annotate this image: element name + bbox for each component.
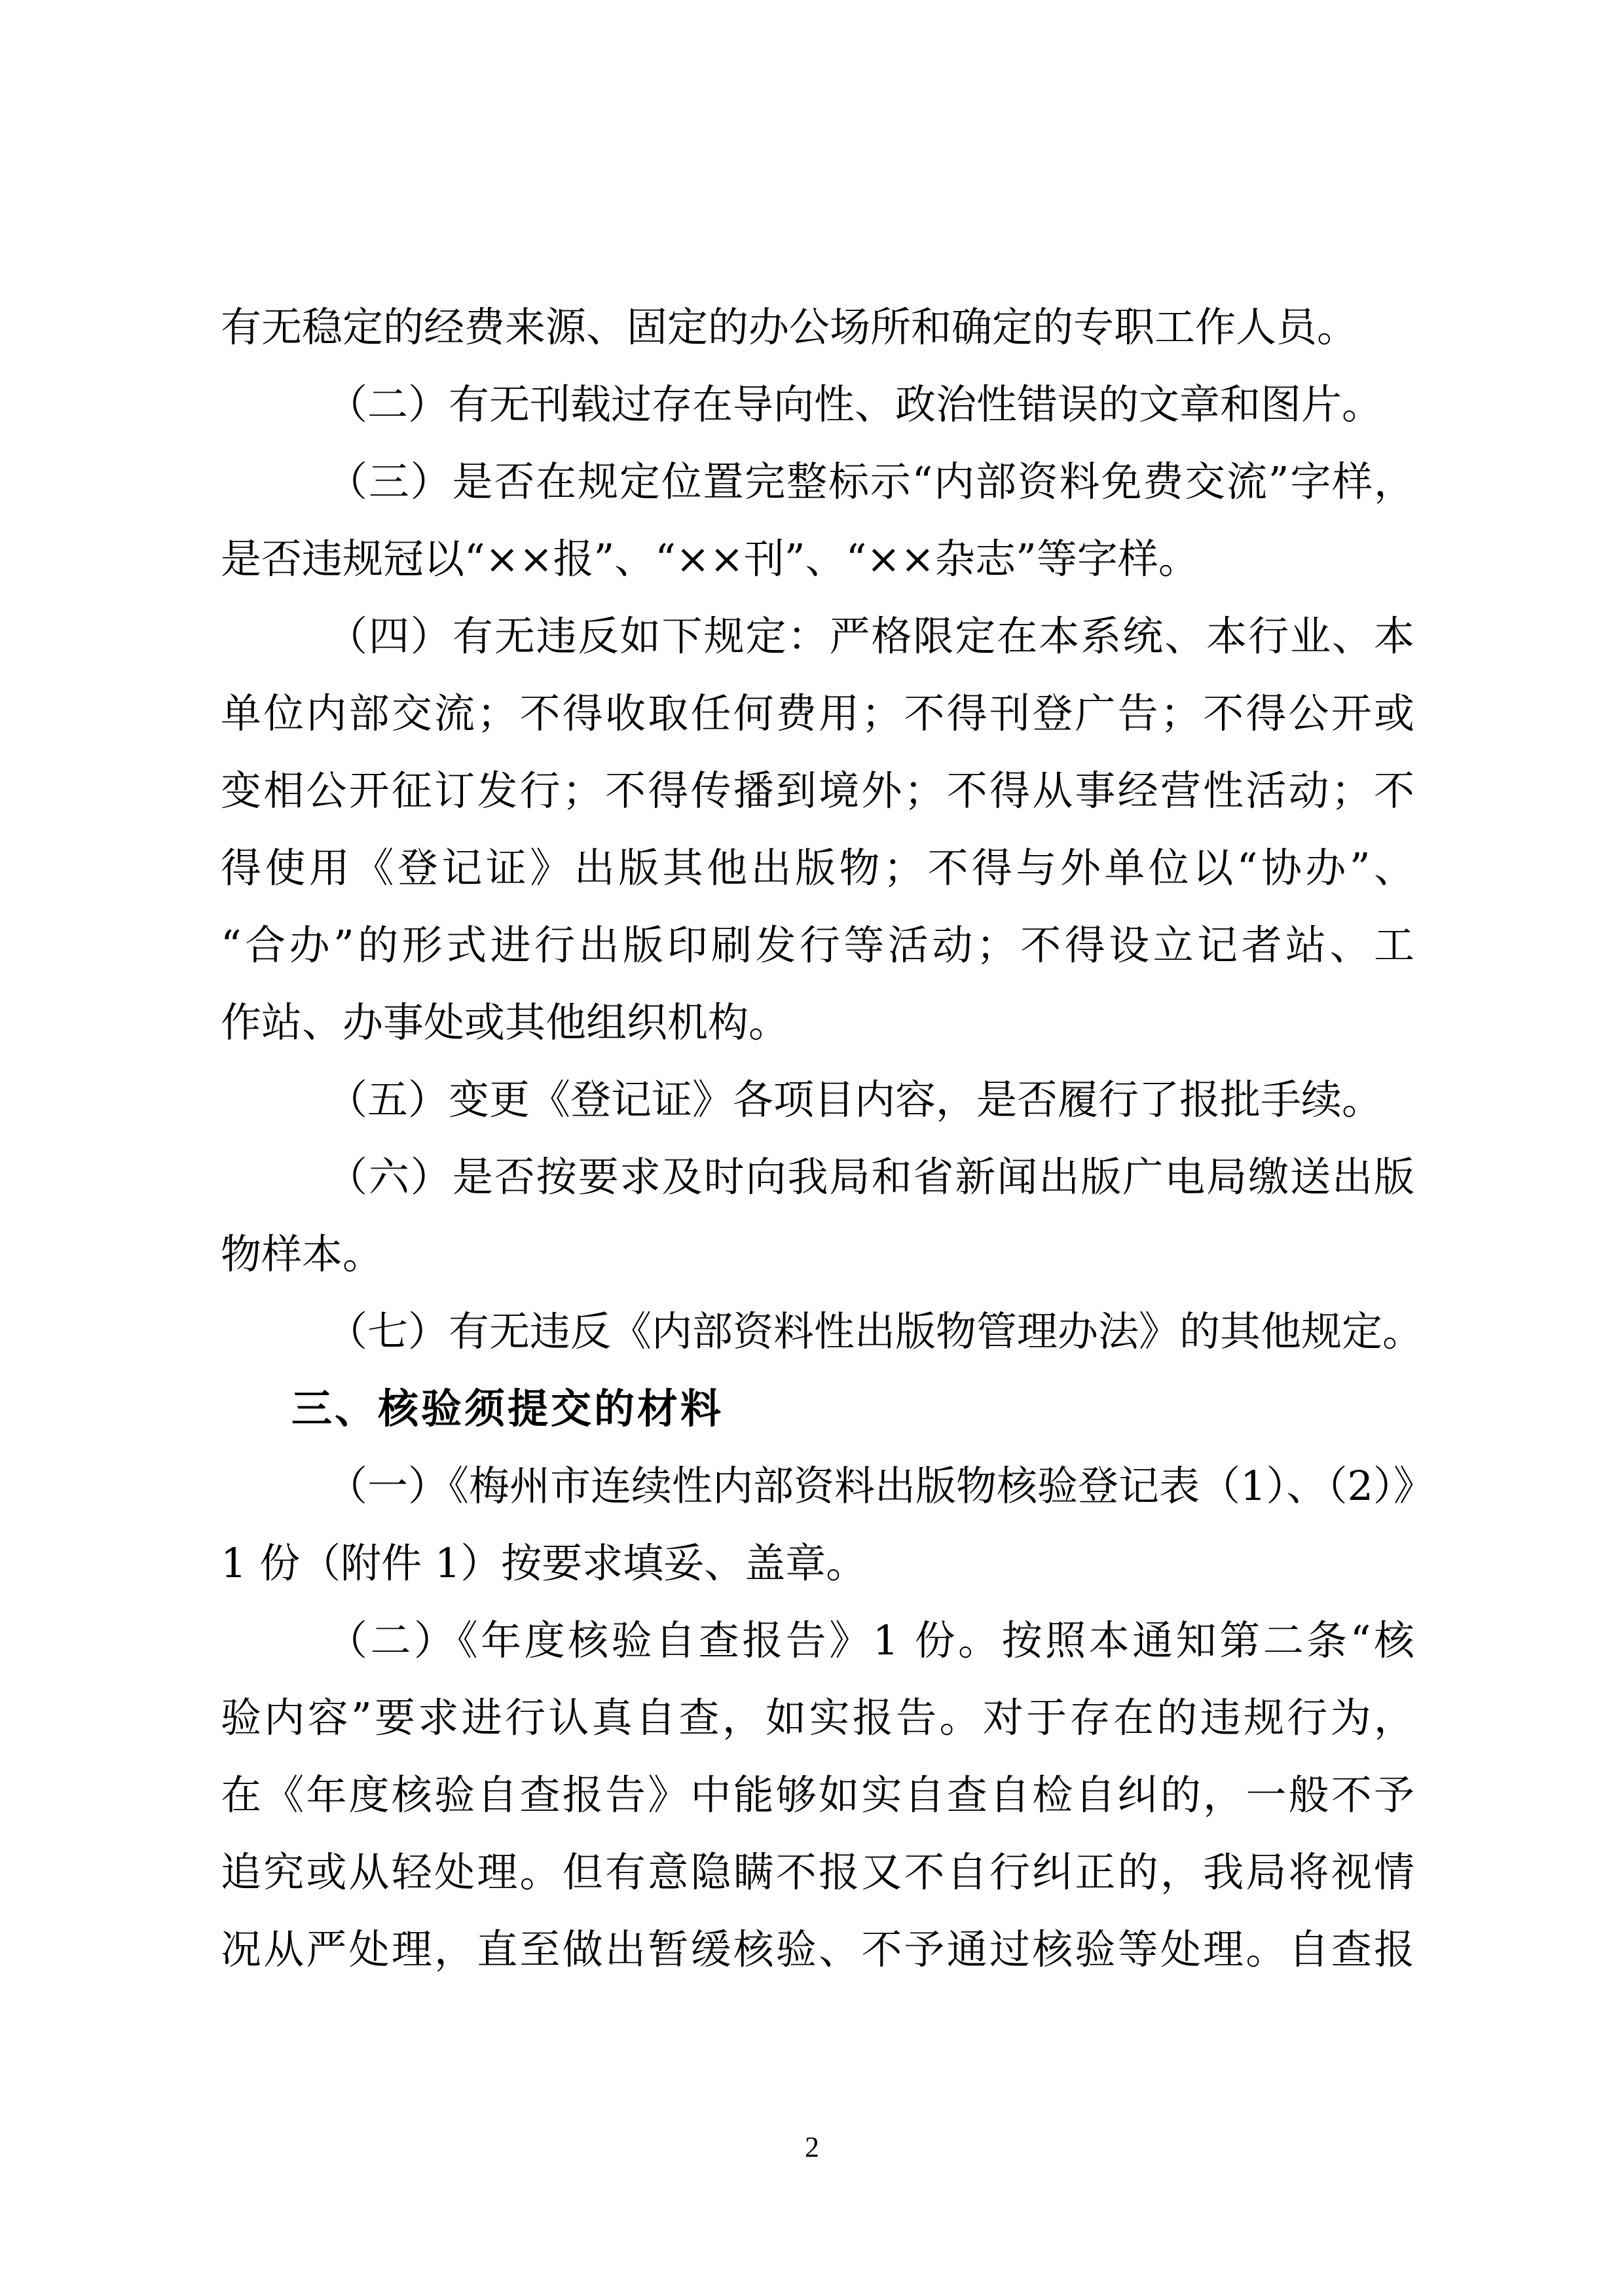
paragraph-line: 是否违规冠以“××报”、“××刊”、“××杂志”等字样。: [221, 534, 1414, 611]
paragraph-line: 单位内部交流；不得收取任何费用；不得刊登广告；不得公开或: [221, 689, 1414, 766]
paragraph-line: 在《年度核验自查报告》中能够如实自查自检自纠的，一般不予: [221, 1770, 1414, 1848]
paragraph-line: （一）《梅州市连续性内部资料出版物核验登记表（1）、（2）》: [221, 1461, 1414, 1539]
paragraph-line: （四）有无违反如下规定：严格限定在本系统、本行业、本: [221, 611, 1414, 689]
section-heading: 三、核验须提交的材料: [221, 1384, 1414, 1461]
paragraph-line: “合办”的形式进行出版印刷发行等活动；不得设立记者站、工: [221, 920, 1414, 998]
paragraph-line: （五）变更《登记证》各项目内容，是否履行了报批手续。: [221, 1075, 1414, 1152]
paragraph-line: （二）《年度核验自查报告》1 份。按照本通知第二条“核: [221, 1616, 1414, 1693]
paragraph-line: 有无稳定的经费来源、固定的办公场所和确定的专职工作人员。: [221, 302, 1414, 380]
paragraph-line: 1 份（附件 1）按要求填妥、盖章。: [221, 1539, 1414, 1616]
document-page: 有无稳定的经费来源、固定的办公场所和确定的专职工作人员。 （二）有无刊载过存在导…: [0, 0, 1624, 2296]
paragraph-line: （六）是否按要求及时向我局和省新闻出版广电局缴送出版: [221, 1152, 1414, 1230]
paragraph-line: 况从严处理，直至做出暂缓核验、不予通过核验等处理。自查报: [221, 1925, 1414, 2002]
paragraph-line: （三）是否在规定位置完整标示“内部资料免费交流”字样，: [221, 457, 1414, 534]
body-text: 有无稳定的经费来源、固定的办公场所和确定的专职工作人员。 （二）有无刊载过存在导…: [221, 302, 1414, 2002]
paragraph-line: （七）有无违反《内部资料性出版物管理办法》的其他规定。: [221, 1307, 1414, 1384]
paragraph-line: 作站、办事处或其他组织机构。: [221, 998, 1414, 1075]
paragraph-line: 追究或从轻处理。但有意隐瞒不报又不自行纠正的，我局将视情: [221, 1848, 1414, 1925]
page-number: 2: [0, 2133, 1624, 2162]
paragraph-line: 得使用《登记证》出版其他出版物；不得与外单位以“协办”、: [221, 843, 1414, 920]
paragraph-line: 验内容”要求进行认真自查，如实报告。对于存在的违规行为，: [221, 1693, 1414, 1770]
paragraph-line: 物样本。: [221, 1230, 1414, 1307]
paragraph-line: 变相公开征订发行；不得传播到境外；不得从事经营性活动；不: [221, 766, 1414, 843]
paragraph-line: （二）有无刊载过存在导向性、政治性错误的文章和图片。: [221, 380, 1414, 457]
